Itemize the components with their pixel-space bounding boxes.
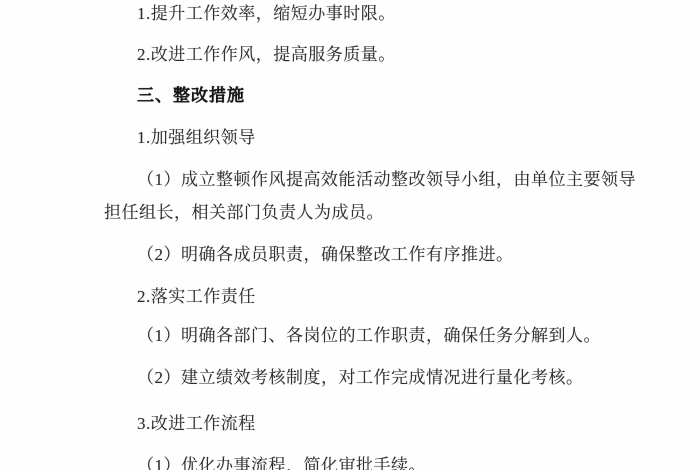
text-line: （2）建立绩效考核制度，对工作完成情况进行量化考核。	[104, 366, 637, 390]
text-line: （1）明确各部门、各岗位的工作职责，确保任务分解到人。	[104, 324, 637, 348]
text-line: 1.加强组织领导	[104, 126, 637, 150]
text-line: （1）优化办事流程，简化审批手续。	[104, 454, 637, 470]
text-line: 担任组长，相关部门负责人为成员。	[104, 201, 604, 225]
text-line: 2.改进工作作风，提高服务质量。	[104, 43, 637, 67]
text-line: （2）明确各成员职责，确保整改工作有序推进。	[104, 243, 637, 267]
section-heading: 三、整改措施	[104, 84, 637, 108]
text-line: （1）成立整顿作风提高效能活动整改领导小组，由单位主要领导	[104, 168, 637, 192]
text-line: 3.改进工作流程	[104, 412, 637, 436]
document-page: 1.提升工作效率，缩短办事时限。 2.改进工作作风，提高服务质量。 三、整改措施…	[0, 0, 700, 470]
text-line: 1.提升工作效率，缩短办事时限。	[104, 2, 637, 26]
text-line: 2.落实工作责任	[104, 285, 637, 309]
